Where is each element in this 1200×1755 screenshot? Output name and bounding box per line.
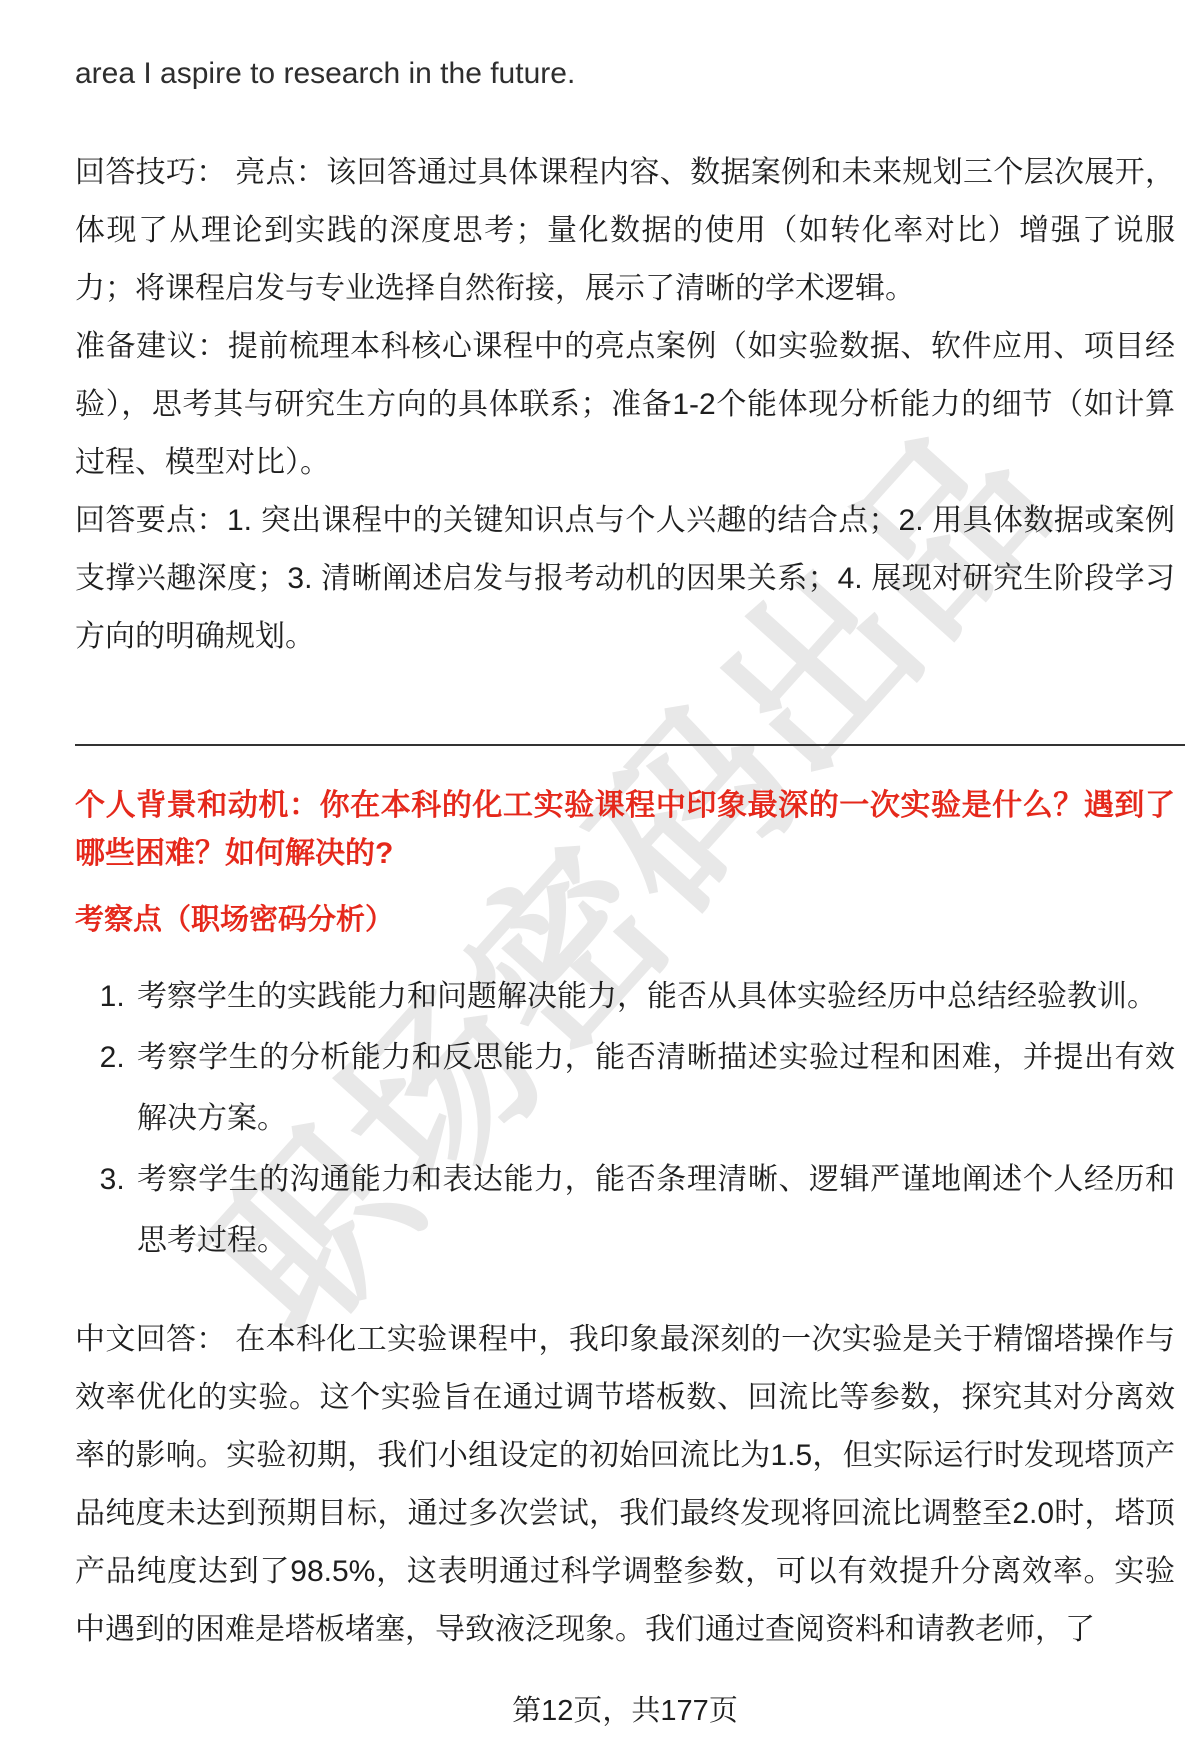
exam-point-item: 考察学生的分析能力和反思能力，能否清晰描述实验过程和困难，并提出有效解决方案。 (133, 1027, 1175, 1149)
chinese-answer-paragraph: 中文回答： 在本科化工实验课程中，我印象最深刻的一次实验是关于精馏塔操作与效率优… (75, 1311, 1175, 1659)
page-content: area I aspire to research in the future.… (0, 0, 1200, 1731)
question-heading: 个人背景和动机：你在本科的化工实验课程中印象最深的一次实验是什么？遇到了哪些困难… (75, 782, 1175, 878)
exam-point-item: 考察学生的实践能力和问题解决能力，能否从具体实验经历中总结经验教训。 (133, 966, 1175, 1027)
exam-points-list: 考察学生的实践能力和问题解决能力，能否从具体实验经历中总结经验教训。 考察学生的… (75, 966, 1175, 1271)
page-footer: 第12页，共177页 (75, 1691, 1175, 1731)
answer-tips-paragraph: 回答技巧： 亮点：该回答通过具体课程内容、数据案例和未来规划三个层次展开，体现了… (75, 144, 1175, 318)
section-divider (75, 744, 1185, 746)
document-page: 职场密码出品 area I aspire to research in the … (0, 0, 1200, 1755)
prep-advice-paragraph: 准备建议：提前梳理本科核心课程中的亮点案例（如实验数据、软件应用、项目经验），思… (75, 318, 1175, 492)
exam-point-item: 考察学生的沟通能力和表达能力，能否条理清晰、逻辑严谨地阐述个人经历和思考过程。 (133, 1149, 1175, 1271)
answer-points-paragraph: 回答要点：1. 突出课程中的关键知识点与个人兴趣的结合点；2. 用具体数据或案例… (75, 492, 1175, 666)
exam-points-heading: 考察点（职场密码分析） (75, 900, 1175, 940)
english-sentence: area I aspire to research in the future. (75, 52, 1175, 96)
